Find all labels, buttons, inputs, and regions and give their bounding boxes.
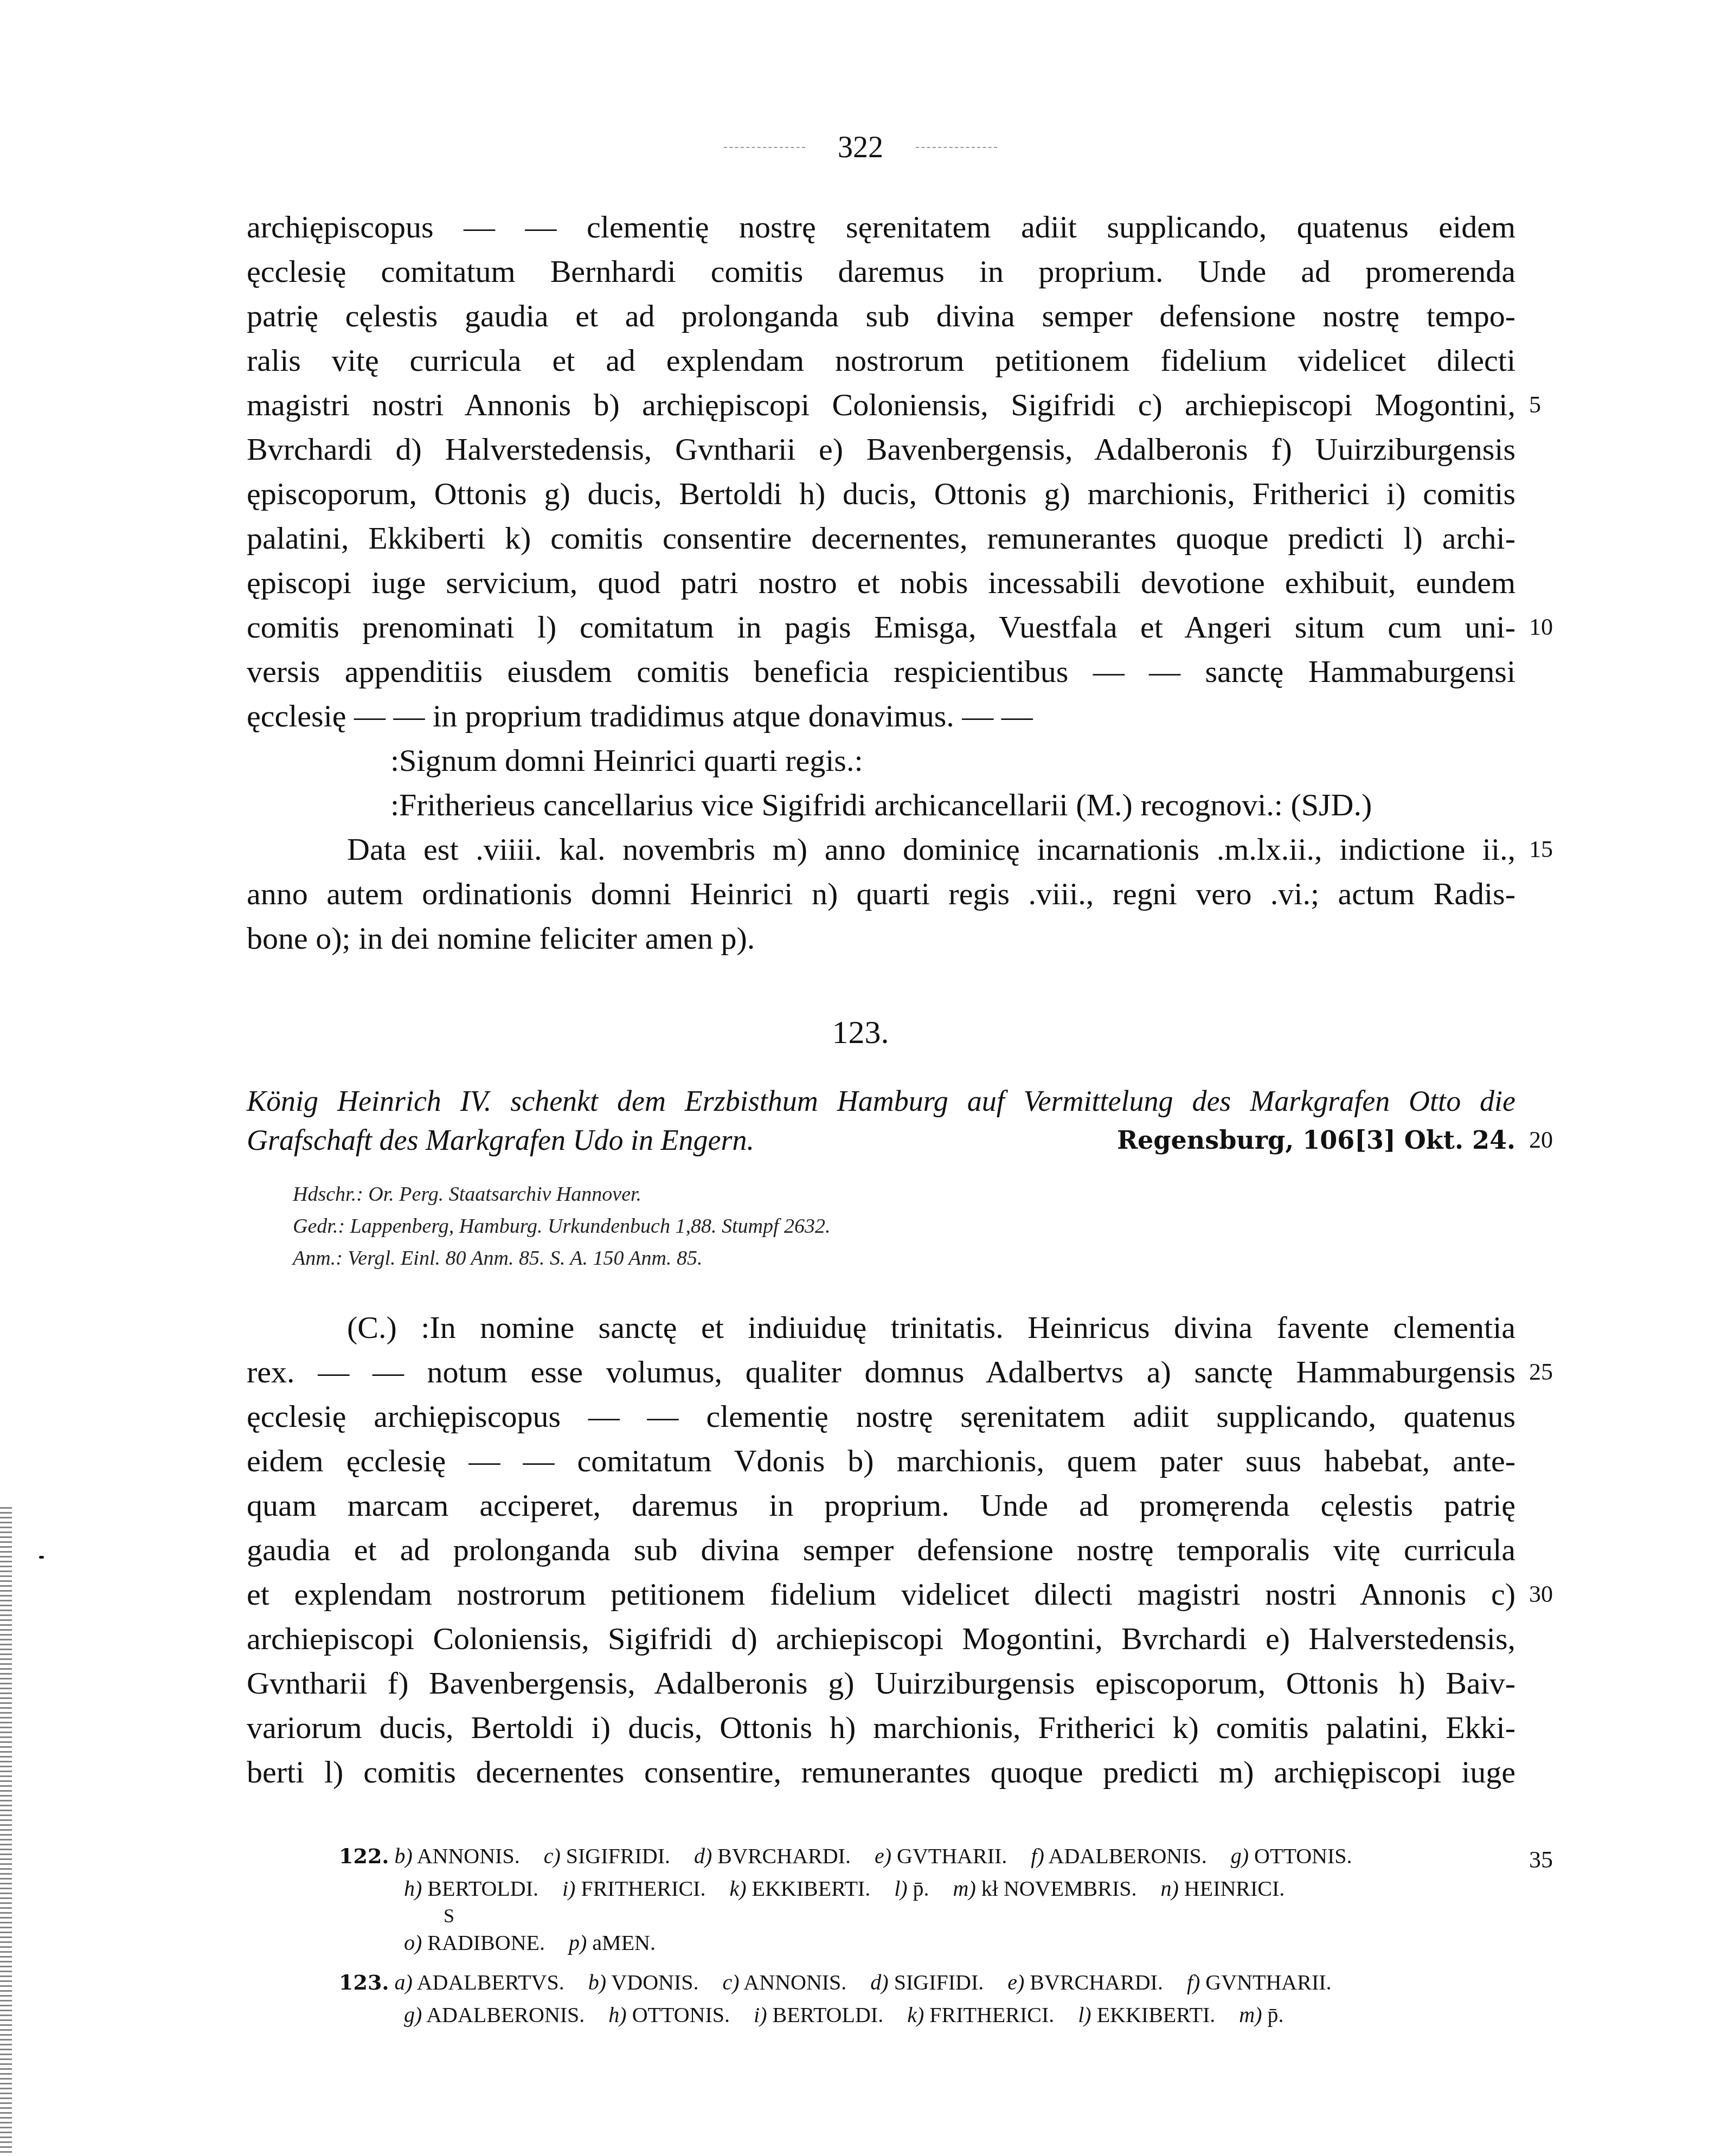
text-line: archiepiscopi Coloniensis, Sigifridi d) … (247, 1617, 1515, 1661)
signum-line: :Signum domni Heinrici quarti regis.: (390, 738, 1515, 783)
recognition-line: :Fritherieus cancellarius vice Sigifridi… (390, 783, 1515, 827)
text-line: gaudia et ad prolonganda sub divina semp… (247, 1528, 1515, 1572)
page-number: 322 (838, 130, 883, 165)
text-line: Bvrchardi d) Halverstedensis, Gvntharii … (247, 427, 1515, 472)
text-line: variorum ducis, Bertoldi i) ducis, Otton… (247, 1706, 1515, 1750)
text-line: versis appenditiis eiusdem comitis benef… (247, 649, 1515, 694)
footnote-line: 123. a) ADALBERTVS. b) VDONIS. c) ANNONI… (339, 1967, 1350, 1998)
apparatus-notes: Anm.: Vergl. Einl. 80 Anm. 85. S. A. 150… (293, 1243, 702, 1273)
text-line: magistri nostri Annonis b) archięp­iscop… (247, 383, 1515, 427)
footnote-line: 122. b) ANNONIS. c) SIGIFRIDI. d) BVRCHA… (339, 1840, 1370, 1872)
text-line: archięp­iscopus — — clementię nostrę sęr… (247, 205, 1515, 249)
apparatus-editions: Gedr.: Lappenberg, Hamburg. Urkundenbuch… (293, 1211, 830, 1241)
text-line: comitis prenominati l) comitatum in pagi… (247, 605, 1515, 649)
footnote-line: g) ADALBERONIS. h) OTTONIS. i) BERTOLDI.… (404, 1999, 1302, 2031)
footnote-doc-label: 123. (339, 1970, 389, 1994)
text-line: (C.) :In nomine sanctę et indiuiduę trin… (347, 1305, 1515, 1350)
dating-line: anno autem ordinationis domni Heinrici n… (247, 872, 1515, 916)
apparatus-manuscript: Hdschr.: Or. Perg. Staatsarchiv Hannover… (293, 1179, 641, 1209)
header-rule-left (724, 147, 805, 148)
line-number: 30 (1529, 1572, 1553, 1617)
line-number: 25 (1529, 1350, 1553, 1394)
text-line: eidem ęcclesię — — comitatum Vdonis b) m… (247, 1439, 1515, 1483)
text-line: ęcclesię archięp­iscopus — — clementię n… (247, 1394, 1515, 1439)
text-line: et explendam nostrorum petitionem fideli… (247, 1572, 1515, 1617)
text-line: berti l) comitis decernentes consentire,… (247, 1750, 1515, 1794)
text-line: ęcclesię comitatum Bernhardi comitis dar… (247, 249, 1515, 294)
line-number: 10 (1529, 605, 1553, 649)
text-line: ępiscopi iuge servicium, quod patri nost… (247, 561, 1515, 605)
page-header: 322 (0, 126, 1721, 169)
dating-line: bone o); in dei nomine feliciter amen p)… (247, 916, 1515, 961)
text-line: rex. — — notum esse volumus, qualiter do… (247, 1350, 1515, 1394)
text-line: quam marcam acciperet, daremus in propri… (247, 1483, 1515, 1528)
footnote-doc-label: 122. (339, 1844, 389, 1868)
document-page: 322 archięp­iscopus — — clementię nostrę… (0, 0, 1721, 2156)
line-number: 15 (1529, 827, 1553, 872)
scan-speck (39, 1556, 44, 1559)
regest-line: Grafschaft des Markgrafen Udo in Engern.… (247, 1121, 1515, 1160)
text-line: patrię cęlestis gaudia et ad prolonganda… (247, 294, 1515, 338)
regest-text: Grafschaft des Markgrafen Udo in Engern. (247, 1124, 754, 1156)
document-number: 123. (0, 1014, 1721, 1051)
footnote-line: h) BERTOLDI. i) FRITHERICI. k) EKKIBERTI… (404, 1873, 1303, 1904)
line-number: 5 (1529, 383, 1541, 427)
header-rule-right (916, 147, 997, 148)
text-line: ępiscoporum, Ottonis g) ducis, Bertoldi … (247, 472, 1515, 516)
text-line: Gvntharii f) Bavenbergensis, Adalberonis… (247, 1661, 1515, 1706)
scan-edge-artifact (0, 1507, 12, 2156)
text-line: ralis vitę curricula et ad explendam nos… (247, 338, 1515, 383)
line-number: 35 (1529, 1838, 1553, 1882)
line-number: 20 (1529, 1118, 1553, 1162)
footnote-line: o) RADIBONE. p) aMEN. (404, 1927, 674, 1959)
text-line: palatini, Ekkiberti k) comitis consentir… (247, 516, 1515, 561)
place-date: Regensburg, 106[3] Okt. 24. (1117, 1121, 1515, 1160)
regest-line: König Heinrich IV. schenkt dem Erzbisthu… (247, 1082, 1515, 1121)
text-line: ęcclesię — — in proprium tradidimus atqu… (247, 694, 1515, 738)
dating-line: Data est .viiii. kal. novembris m) anno … (347, 827, 1515, 872)
